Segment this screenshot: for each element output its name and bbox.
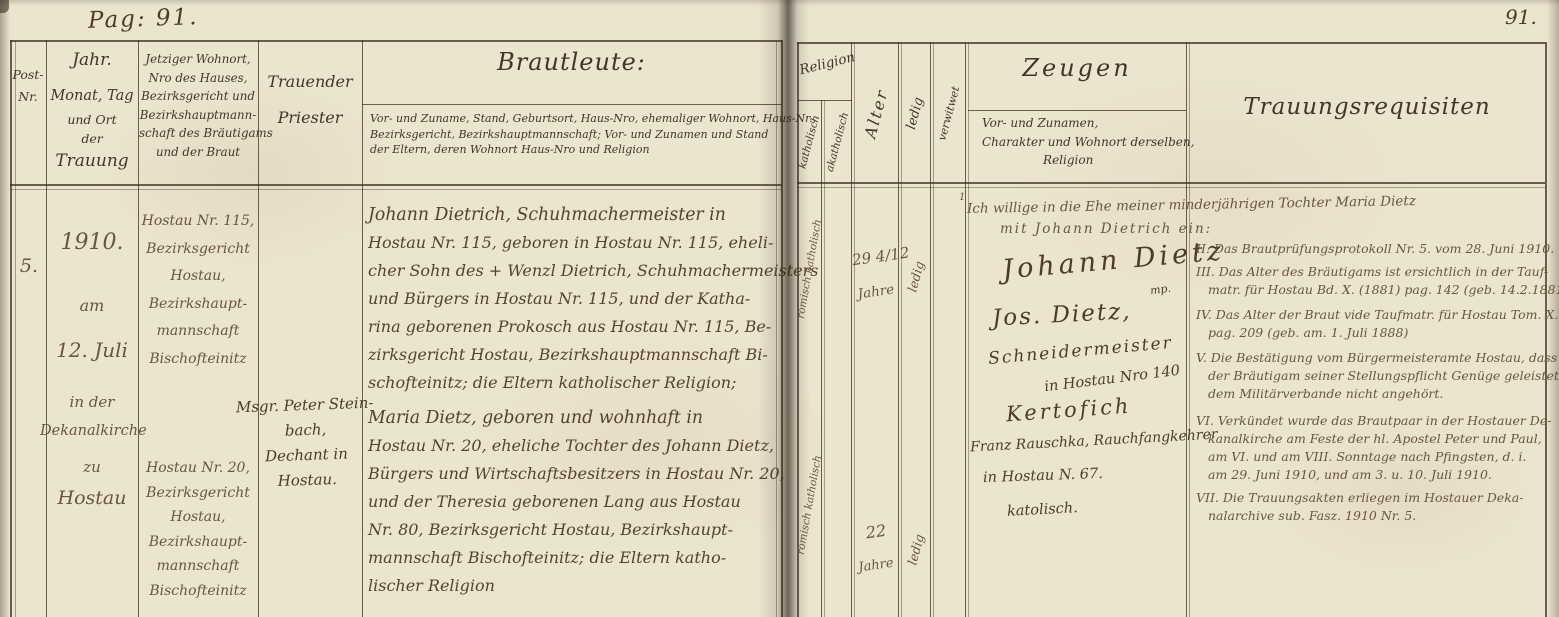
column-header-verwitwet: verwitwet xyxy=(933,42,965,184)
text-line: Bezirksgericht xyxy=(139,236,257,264)
witness1-signature: Jos. Dietz, xyxy=(991,298,1132,331)
rule-horizontal xyxy=(362,104,782,105)
text-line: Jetziger Wohnort, xyxy=(139,50,257,69)
text-line: pag. 209 (geb. am. 1. Juli 1888) xyxy=(1196,324,1548,342)
text-line: rina geborenen Prokosch aus Hostau Nr. 1… xyxy=(368,313,780,341)
rule-horizontal xyxy=(797,187,1545,188)
bride-age-unit: Jahre xyxy=(851,555,901,577)
column-header-ledig: ledig xyxy=(901,42,930,184)
text-line: der Bräutigam seiner Stellungspflicht Ge… xyxy=(1196,367,1548,385)
text-line: Hostau Nr. 20, eheliche Tochter des Joha… xyxy=(368,432,780,460)
requisiten-item-2: II. Das Brautprüfungsprotokoll Nr. 5. vo… xyxy=(1196,240,1548,258)
consent-declaration-line2: mit Johann Dietrich ein: xyxy=(1000,221,1212,237)
text-line: zirksgericht Hostau, Bezirkshauptmannsch… xyxy=(368,341,780,369)
rule-vertical xyxy=(15,40,16,617)
rule-vertical xyxy=(10,40,12,617)
bride-description: Maria Dietz, geboren und wohnhaft inHost… xyxy=(368,404,780,600)
text-line: kanalkirche am Feste der hl. Apostel Pet… xyxy=(1196,430,1548,448)
text-line: mannschaft Bischofteinitz; die Eltern ka… xyxy=(368,544,780,572)
rule-vertical xyxy=(362,40,363,617)
text-line: IV. Das Alter der Braut vide Taufmatr. f… xyxy=(1196,306,1548,324)
text-line: VI. Verkündet wurde das Brautpaar in der… xyxy=(1196,412,1548,430)
father-signature: Johann Dietz xyxy=(1001,235,1226,285)
text-line: Nro des Hauses, xyxy=(139,69,257,88)
groom-age-value: 29 4/12 xyxy=(851,245,901,270)
text-line: Hostau. xyxy=(237,466,378,496)
text-line: Hostau, xyxy=(139,263,257,291)
column-header-priest-1: Trauender xyxy=(258,72,362,91)
father-signature-mp: mp. xyxy=(1149,282,1172,298)
text-line: schaft des Bräutigams xyxy=(139,124,257,143)
column-header-religion: Religion xyxy=(798,50,854,79)
requisiten-item-7: VII. Die Trauungsakten erliegen im Hosta… xyxy=(1196,489,1548,525)
requisiten-item-5: V. Die Bestätigung vom Bürgermeisteramte… xyxy=(1196,349,1548,403)
text-line: Bischofteinitz xyxy=(139,346,257,374)
rule-vertical xyxy=(965,42,966,617)
entry-date-in-der: in der xyxy=(46,393,138,411)
column-header-katholisch: katholisch xyxy=(797,100,821,184)
rule-horizontal xyxy=(10,40,782,42)
text-line: schofteinitz; die Eltern katholischer Re… xyxy=(368,369,780,397)
rule-vertical xyxy=(821,100,822,617)
witness2-religion: katolisch. xyxy=(1007,500,1079,520)
rule-horizontal xyxy=(10,184,782,186)
column-header-alter: Alter xyxy=(854,42,898,184)
text-line: matr. für Hostau Bd. X. (1881) pag. 142 … xyxy=(1196,281,1548,299)
entry-date-day: 12. Juli xyxy=(46,338,138,362)
groom-residence: Hostau Nr. 115,BezirksgerichtHostau,Bezi… xyxy=(139,208,257,373)
bride-status: ledig xyxy=(901,512,930,586)
rule-vertical xyxy=(930,42,931,617)
entry-date-am: am xyxy=(46,296,138,315)
column-header-und-ort: und Ort xyxy=(46,112,138,127)
entry-date-zu: zu xyxy=(46,458,138,476)
witness1-role: Schneidermeister xyxy=(987,333,1173,369)
text-line: II. Das Brautprüfungsprotokoll Nr. 5. vo… xyxy=(1196,240,1548,258)
rule-horizontal xyxy=(10,189,782,190)
witness1-address: in Hostau Nro 140 xyxy=(1044,363,1181,396)
consent-declaration-line1: Ich willige in die Ehe meiner minderjähr… xyxy=(967,193,1416,217)
requisiten-item-4: IV. Das Alter der Braut vide Taufmatr. f… xyxy=(1196,306,1548,342)
text-line: Post- xyxy=(10,64,46,86)
text-line: dem Militärverbande nicht angehört. xyxy=(1196,385,1548,403)
rule-horizontal xyxy=(968,110,1186,111)
text-line: und der Theresia geborenen Lang aus Host… xyxy=(368,488,780,516)
text-line: Hostau, xyxy=(139,505,257,530)
groom-description: Johann Dietrich, Schuhmachermeister inHo… xyxy=(368,201,780,397)
witness2-signature: Kertofich xyxy=(1005,394,1132,427)
top-edge-shadow xyxy=(0,0,1559,6)
text-line: und der Braut xyxy=(139,143,257,162)
text-line: Msgr. Peter Stein- xyxy=(234,391,375,421)
column-header-residence: Jetziger Wohnort,Nro des Hauses,Bezirksg… xyxy=(139,50,257,161)
text-line: Charakter und Wohnort derselben, xyxy=(982,133,1194,152)
witness2-address: in Hostau N. 67. xyxy=(983,466,1103,486)
entry-date-place: Hostau xyxy=(46,487,138,509)
text-line: Religion xyxy=(982,151,1194,170)
bride-religion: römisch katholisch xyxy=(797,430,821,580)
entry-date-church: Dekanalkirche xyxy=(40,423,144,439)
text-line: Nr. xyxy=(10,86,46,108)
text-line: und Bürgers in Hostau Nr. 115, und der K… xyxy=(368,285,780,313)
text-line: am 29. Juni 1910, und am 3. u. 10. Juli … xyxy=(1196,466,1548,484)
requisiten-item-6: VI. Verkündet wurde das Brautpaar in der… xyxy=(1196,412,1548,484)
text-line: Bezirksgericht und xyxy=(139,87,257,106)
text-line: Maria Dietz, geboren und wohnhaft in xyxy=(368,404,780,432)
corner-artifact xyxy=(0,0,9,13)
column-header-brautleute: Brautleute: xyxy=(362,48,781,76)
column-header-der: der xyxy=(46,131,138,146)
text-line: V. Die Bestätigung vom Bürgermeisteramte… xyxy=(1196,349,1548,367)
text-line: am VI. und am VIII. Sonntage nach Pfings… xyxy=(1196,448,1548,466)
text-line: Bezirksgericht, Bezirkshauptmannschaft; … xyxy=(370,127,816,143)
text-line: Hostau Nr. 115, geboren in Hostau Nr. 11… xyxy=(368,229,780,257)
witness2-name: Franz Rauschka, Rauchfangkehrer xyxy=(970,427,1218,456)
column-subheader-zeugen: Vor- und Zunamen,Charakter und Wohnort d… xyxy=(982,114,1194,170)
page-label-right: 91. xyxy=(1505,5,1537,29)
left-edge-shadow xyxy=(0,0,10,617)
column-header-akatholisch: akatholisch xyxy=(824,100,851,184)
column-header-post-nr: Post-Nr. xyxy=(10,64,46,108)
column-header-requisiten: Trauungsrequisiten xyxy=(1189,94,1545,120)
text-line: Bezirkshaupt- xyxy=(139,291,257,319)
entry-date-year: 1910. xyxy=(46,230,138,255)
page-label-left: Pag: 91. xyxy=(88,4,199,34)
text-line: cher Sohn des + Wenzl Dietrich, Schuhmac… xyxy=(368,257,780,285)
text-line: Hostau Nr. 115, xyxy=(139,208,257,236)
priest-entry: Msgr. Peter Stein-bach,Dechant inHostau. xyxy=(234,391,377,496)
column-header-monat-tag: Monat, Tag xyxy=(46,88,138,104)
text-line: Vor- und Zuname, Stand, Geburtsort, Haus… xyxy=(370,111,816,127)
column-header-priest-2: Priester xyxy=(258,108,362,127)
groom-age-unit: Jahre xyxy=(851,281,901,304)
text-line: III. Das Alter des Bräutigams ist ersich… xyxy=(1196,263,1548,281)
footnote-mark: 1 xyxy=(959,192,965,203)
rule-vertical xyxy=(968,42,969,617)
text-line: Bischofteinitz xyxy=(139,579,257,604)
entry-number: 5. xyxy=(12,255,46,277)
text-line: Johann Dietrich, Schuhmachermeister in xyxy=(368,201,780,229)
text-line: mannschaft xyxy=(139,318,257,346)
marriage-register-page: Pag: 91. 91. Post-Nr. Jahr. Monat, Tag u… xyxy=(0,0,1559,617)
text-line: Bürgers und Wirtschaftsbesitzers in Host… xyxy=(368,460,780,488)
text-line: der Eltern, deren Wohnort Haus-Nro und R… xyxy=(370,142,816,158)
text-line: nalarchive sub. Fasz. 1910 Nr. 5. xyxy=(1196,507,1548,525)
text-line: Bezirkshaupt- xyxy=(139,530,257,555)
groom-religion: römisch katholisch xyxy=(797,196,821,342)
column-header-zeugen: Zeugen xyxy=(968,54,1186,82)
requisiten-item-3: III. Das Alter des Bräutigams ist ersich… xyxy=(1196,263,1548,299)
bride-age-value: 22 xyxy=(851,519,901,544)
text-line: mannschaft xyxy=(139,554,257,579)
text-line: Bezirkshauptmann- xyxy=(139,106,257,125)
column-header-jahr: Jahr. xyxy=(46,50,138,70)
text-line: Vor- und Zunamen, xyxy=(982,114,1194,133)
column-subheader-brautleute: Vor- und Zuname, Stand, Geburtsort, Haus… xyxy=(370,111,816,158)
groom-status: ledig xyxy=(901,238,930,314)
text-line: Nr. 80, Bezirksgericht Hostau, Bezirksha… xyxy=(368,516,780,544)
text-line: lischer Religion xyxy=(368,572,780,600)
text-line: VII. Die Trauungsakten erliegen im Hosta… xyxy=(1196,489,1548,507)
column-header-trauung: Trauung xyxy=(46,151,138,171)
